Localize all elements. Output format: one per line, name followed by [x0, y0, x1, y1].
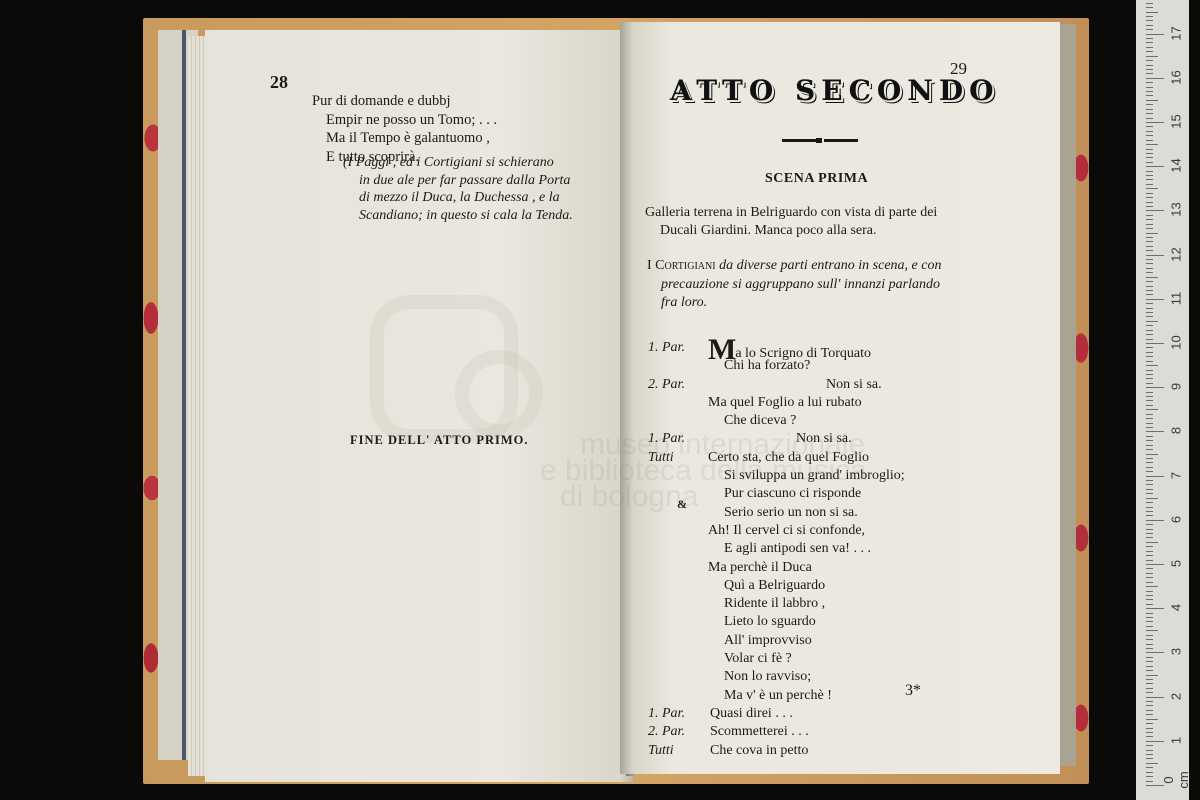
- scene-title: SCENA PRIMA: [765, 170, 868, 187]
- ruler-tick: [1146, 480, 1153, 481]
- ruler-tick: [1146, 47, 1153, 48]
- dialogue-line: Ridente il labbro ,: [724, 596, 825, 612]
- ruler-tick: [1146, 184, 1153, 185]
- ruler-tick: [1146, 414, 1153, 415]
- ruler-tick: [1146, 352, 1153, 353]
- ruler-tick: [1146, 511, 1153, 512]
- speaker-label: 1. Par.: [648, 706, 708, 722]
- ruler-label: 3: [1169, 642, 1184, 662]
- ruler-tick: [1146, 445, 1153, 446]
- dialogue-line: Quì a Belriguardo: [724, 578, 825, 594]
- ruler-tick: [1146, 728, 1153, 729]
- ruler-tick: [1146, 732, 1153, 733]
- ruler-tick: [1146, 87, 1153, 88]
- ruler-tick: [1146, 498, 1158, 499]
- ruler-label: 11: [1169, 288, 1184, 308]
- ruler-tick: [1146, 100, 1158, 101]
- ruler-tick: [1146, 754, 1153, 755]
- ruler-tick: [1146, 767, 1153, 768]
- ruler-label: 8: [1169, 421, 1184, 441]
- ruler-tick: [1146, 294, 1153, 295]
- ruler-tick: [1146, 758, 1153, 759]
- ruler-tick: [1146, 330, 1153, 331]
- ruler-tick: [1146, 233, 1158, 234]
- ruler-tick: [1146, 325, 1153, 326]
- scene-direction: I Cortigiani da diverse parti entrano in…: [647, 257, 941, 313]
- ruler-tick: [1146, 763, 1158, 764]
- ruler-tick: [1146, 162, 1153, 163]
- ruler-tick: [1146, 714, 1153, 715]
- ruler-tick: [1146, 255, 1164, 256]
- ruler-tick: [1146, 458, 1153, 459]
- speaker-label: Tutti: [648, 743, 708, 759]
- page-number-left: 28: [270, 74, 288, 91]
- dialogue-line: Che cova in petto: [710, 743, 808, 759]
- ruler-tick: [1146, 95, 1153, 96]
- measurement-ruler: 0 cm1234567891011121314151617: [1136, 0, 1189, 800]
- ruler-tick: [1146, 515, 1153, 516]
- ruler-tick: [1146, 418, 1153, 419]
- ruler-tick: [1146, 750, 1153, 751]
- setting-line: Ducali Giardini. Manca poco alla sera.: [645, 222, 937, 240]
- ruler-tick: [1146, 449, 1153, 450]
- ruler-tick: [1146, 179, 1153, 180]
- ruler-tick: [1146, 228, 1153, 229]
- dialogue-line: Non lo ravviso;: [724, 669, 811, 685]
- ruler-tick: [1146, 157, 1153, 158]
- ruler-tick: [1146, 551, 1153, 552]
- ruler-tick: [1146, 339, 1153, 340]
- ruler-tick: [1146, 719, 1158, 720]
- ruler-tick: [1146, 675, 1158, 676]
- ruler-tick: [1146, 400, 1153, 401]
- dialogue-line: Non si sa.: [826, 377, 882, 393]
- ruler-tick: [1146, 166, 1164, 167]
- ruler-tick: [1146, 370, 1153, 371]
- ruler-tick: [1146, 56, 1158, 57]
- ruler-tick: [1146, 692, 1153, 693]
- ruler-tick: [1146, 210, 1164, 211]
- ruler-tick: [1146, 608, 1164, 609]
- ruler-tick: [1146, 126, 1153, 127]
- ruler-tick: [1146, 427, 1153, 428]
- ruler-tick: [1146, 493, 1153, 494]
- ruler-tick: [1146, 688, 1153, 689]
- ruler-tick: [1146, 144, 1158, 145]
- ruler-tick: [1146, 639, 1153, 640]
- ruler-tick: [1146, 745, 1153, 746]
- ruler-tick: [1146, 564, 1164, 565]
- ruler-label: 10: [1169, 333, 1184, 353]
- ruler-tick: [1146, 122, 1164, 123]
- dialogue-line: Serio serio un non si sa.: [724, 505, 858, 521]
- ruler-tick: [1146, 281, 1153, 282]
- ruler-tick: [1146, 661, 1153, 662]
- ruler-tick: [1146, 140, 1153, 141]
- direction-line: fra loro.: [647, 294, 941, 313]
- ruler-tick: [1146, 149, 1153, 150]
- ruler-tick: [1146, 356, 1153, 357]
- ruler-tick: [1146, 215, 1153, 216]
- ruler-tick: [1146, 533, 1153, 534]
- ruler-tick: [1146, 617, 1153, 618]
- ruler-tick: [1146, 303, 1153, 304]
- ruler-tick: [1146, 7, 1153, 8]
- ruler-tick: [1146, 573, 1153, 574]
- ruler-tick: [1146, 560, 1153, 561]
- speaker-label: 1. Par.: [648, 340, 708, 356]
- ruler-tick: [1146, 613, 1153, 614]
- ruler-tick: [1146, 405, 1153, 406]
- scene-setting: Galleria terrena in Belriguardo con vist…: [645, 204, 937, 240]
- ruler-tick: [1146, 219, 1153, 220]
- ruler-label: 16: [1169, 67, 1184, 87]
- dialogue-line: Scommetterei . . .: [710, 724, 809, 740]
- dialogue-line: Chi ha forzato?: [724, 358, 810, 374]
- ruler-tick: [1146, 343, 1164, 344]
- ruler-tick: [1146, 568, 1153, 569]
- ruler-tick: [1146, 555, 1153, 556]
- ruler-tick: [1146, 484, 1153, 485]
- ruler-tick: [1146, 679, 1153, 680]
- ruler-tick: [1146, 286, 1153, 287]
- ruler-tick: [1146, 683, 1153, 684]
- dialogue-line: Ma perchè il Duca: [708, 560, 812, 576]
- ruler-tick: [1146, 365, 1158, 366]
- stage-line: (I Paggi , ed i Cortigiani si schierano: [343, 154, 573, 172]
- ruler-label: 5: [1169, 554, 1184, 574]
- ruler-tick: [1146, 599, 1153, 600]
- act-title: ATTO SECONDO: [670, 82, 1000, 99]
- dialogue-line: All' improvviso: [724, 633, 812, 649]
- ruler-label: 12: [1169, 244, 1184, 264]
- dialogue-line: Certo sta, che da quel Foglio: [708, 450, 869, 466]
- margin-mark: &: [677, 496, 687, 513]
- ruler-tick: [1146, 630, 1158, 631]
- ruler-tick: [1146, 202, 1153, 203]
- ruler-tick: [1146, 378, 1153, 379]
- speaker-label: Tutti: [648, 450, 708, 466]
- speaker-label: 2. Par.: [648, 724, 708, 740]
- direction-subject: I Cortigiani: [647, 258, 716, 273]
- ruler-tick: [1146, 263, 1153, 264]
- ruler-tick: [1146, 657, 1153, 658]
- ruler-tick: [1146, 409, 1158, 410]
- speaker-label: 1. Par.: [648, 431, 708, 447]
- ruler-tick: [1146, 648, 1153, 649]
- ruler-tick: [1146, 78, 1164, 79]
- ruler-tick: [1146, 621, 1153, 622]
- ruler-tick: [1146, 316, 1153, 317]
- ruler-tick: [1146, 520, 1164, 521]
- setting-line: Galleria terrena in Belriguardo con vist…: [645, 204, 937, 222]
- ruler-tick: [1146, 781, 1153, 782]
- signature-mark: 3*: [905, 682, 921, 699]
- ruler-tick: [1146, 476, 1164, 477]
- ruler-tick: [1146, 741, 1164, 742]
- ruler-tick: [1146, 591, 1153, 592]
- ruler-tick: [1146, 577, 1153, 578]
- ruler-tick: [1146, 241, 1153, 242]
- ruler-tick: [1146, 312, 1153, 313]
- ruler-tick: [1146, 529, 1153, 530]
- ruler-label: 0 cm: [1161, 770, 1191, 790]
- ruler-tick: [1146, 65, 1153, 66]
- ruler-tick: [1146, 109, 1153, 110]
- ruler-tick: [1146, 259, 1153, 260]
- ruler-tick: [1146, 171, 1153, 172]
- verse-line: Empir ne posso un Tomo; . . .: [312, 112, 497, 131]
- page-edge-blue: [182, 30, 186, 760]
- ruler-tick: [1146, 582, 1153, 583]
- ruler-label: 7: [1169, 465, 1184, 485]
- ruler-tick: [1146, 776, 1153, 777]
- ruler-tick: [1146, 383, 1153, 384]
- ruler-tick: [1146, 644, 1153, 645]
- ruler-tick: [1146, 396, 1153, 397]
- dialogue-line: Non si sa.: [796, 431, 852, 447]
- stage-line: di mezzo il Duca, la Duchessa , e la: [345, 189, 573, 207]
- ruler-tick: [1146, 723, 1153, 724]
- ruler-tick: [1146, 51, 1153, 52]
- speaker-label: 2. Par.: [648, 377, 708, 393]
- ruler-tick: [1146, 118, 1153, 119]
- ruler-tick: [1146, 387, 1164, 388]
- ruler-tick: [1146, 3, 1153, 4]
- dialogue-line: Quasi direi . . .: [710, 706, 793, 722]
- ruler-tick: [1146, 12, 1158, 13]
- ruler-tick: [1146, 772, 1153, 773]
- ruler-tick: [1146, 502, 1153, 503]
- ruler-tick: [1146, 308, 1153, 309]
- dialogue-line: E agli antipodi sen va! . . .: [724, 541, 871, 557]
- ruler-tick: [1146, 374, 1153, 375]
- direction-text: da diverse parti entrano in scena, e con: [716, 258, 942, 273]
- ruler-label: 13: [1169, 200, 1184, 220]
- ruler-tick: [1146, 604, 1153, 605]
- ruler-tick: [1146, 175, 1153, 176]
- ruler-tick: [1146, 73, 1153, 74]
- ruler-tick: [1146, 277, 1158, 278]
- dialogue-line: Ma quel Foglio a lui rubato: [708, 395, 862, 411]
- ruler-tick: [1146, 670, 1153, 671]
- ruler-tick: [1146, 471, 1153, 472]
- dialogue-line: Lieto lo sguardo: [724, 614, 816, 630]
- ruler-tick: [1146, 392, 1153, 393]
- ruler-tick: [1146, 206, 1153, 207]
- ruler-tick: [1146, 16, 1153, 17]
- ruler-tick: [1146, 697, 1164, 698]
- ruler-tick: [1146, 250, 1153, 251]
- ruler-tick: [1146, 489, 1153, 490]
- ruler-tick: [1146, 290, 1153, 291]
- ruler-tick: [1146, 29, 1153, 30]
- ruler-tick: [1146, 42, 1153, 43]
- ruler-tick: [1146, 197, 1153, 198]
- ruler-label: 2: [1169, 686, 1184, 706]
- ruler-tick: [1146, 38, 1153, 39]
- ruler-label: 1: [1169, 730, 1184, 750]
- ruler-tick: [1146, 334, 1153, 335]
- bleed-through-shape: [455, 350, 543, 438]
- ruler-tick: [1146, 652, 1164, 653]
- ruler-tick: [1146, 188, 1158, 189]
- ruler-tick: [1146, 666, 1153, 667]
- ruler-tick: [1146, 423, 1153, 424]
- ruler-tick: [1146, 272, 1153, 273]
- ruler-tick: [1146, 537, 1153, 538]
- ruler-tick: [1146, 635, 1153, 636]
- ruler-tick: [1146, 113, 1153, 114]
- ruler-tick: [1146, 299, 1164, 300]
- ruler-tick: [1146, 104, 1153, 105]
- stage-line: Scandiano; in questo si cala la Tenda.: [345, 207, 573, 225]
- direction-line: precauzione si aggruppano sull' innanzi …: [647, 276, 941, 295]
- dialogue-line: Ma v' è un perchè !: [724, 688, 832, 704]
- ruler-tick: [1146, 524, 1153, 525]
- ornamental-rule: [782, 138, 858, 143]
- ruler-tick: [1146, 34, 1164, 35]
- ruler-tick: [1146, 595, 1153, 596]
- ruler-tick: [1146, 710, 1153, 711]
- dialogue-line: Che diceva ?: [724, 413, 796, 429]
- ruler-tick: [1146, 701, 1153, 702]
- ruler-tick: [1146, 131, 1153, 132]
- ruler-tick: [1146, 467, 1153, 468]
- ruler-tick: [1146, 69, 1153, 70]
- ruler-tick: [1146, 153, 1153, 154]
- ruler-tick: [1146, 135, 1153, 136]
- ruler-tick: [1146, 705, 1153, 706]
- ruler-tick: [1146, 462, 1153, 463]
- ruler-label: 4: [1169, 598, 1184, 618]
- ruler-tick: [1146, 237, 1153, 238]
- ruler-tick: [1146, 82, 1153, 83]
- ruler-tick: [1146, 60, 1153, 61]
- verse-line: Pur di domande e dubbj: [312, 93, 497, 112]
- dialogue-line: Volar ci fè ?: [724, 651, 792, 667]
- ruler-tick: [1146, 546, 1153, 547]
- ruler-tick: [1146, 361, 1153, 362]
- ruler-tick: [1146, 246, 1153, 247]
- ruler-tick: [1146, 454, 1158, 455]
- stage-direction: (I Paggi , ed i Cortigiani si schierano …: [345, 154, 573, 224]
- dialogue-line: Ah! Il cervel ci si confonde,: [708, 523, 865, 539]
- ruler-label: 15: [1169, 112, 1184, 132]
- ruler-label: 17: [1169, 23, 1184, 43]
- dialogue-line: Si sviluppa un grand' imbroglio;: [724, 468, 905, 484]
- ruler-tick: [1146, 507, 1153, 508]
- end-of-act-heading: FINE DELL' ATTO PRIMO.: [350, 432, 529, 449]
- ruler-tick: [1146, 440, 1153, 441]
- ruler-tick: [1146, 431, 1164, 432]
- ruler-label: 6: [1169, 509, 1184, 529]
- verse-line: Ma il Tempo è galantuomo ,: [312, 130, 497, 149]
- ruler-tick: [1146, 321, 1158, 322]
- ruler-tick: [1146, 224, 1153, 225]
- ruler-tick: [1146, 91, 1153, 92]
- ruler-tick: [1146, 542, 1158, 543]
- ruler-tick: [1146, 25, 1153, 26]
- ruler-tick: [1146, 626, 1153, 627]
- ruler-tick: [1146, 20, 1153, 21]
- ruler-label: 9: [1169, 377, 1184, 397]
- stage-line: in due ale per far passare dalla Porta: [345, 172, 573, 190]
- ruler-tick: [1146, 347, 1153, 348]
- ruler-tick: [1146, 586, 1158, 587]
- ruler-tick: [1146, 436, 1153, 437]
- ruler-tick: [1146, 736, 1153, 737]
- dialogue-line: Pur ciascuno ci risponde: [724, 486, 861, 502]
- ruler-tick: [1146, 193, 1153, 194]
- ruler-tick: [1146, 268, 1153, 269]
- ruler-label: 14: [1169, 156, 1184, 176]
